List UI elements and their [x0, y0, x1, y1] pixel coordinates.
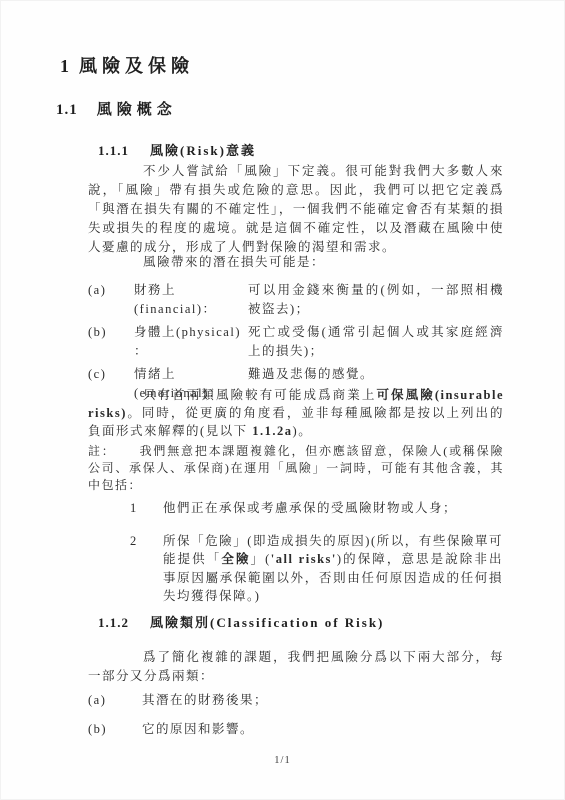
heading-chapter: 1風險及保險 — [60, 52, 194, 78]
para-classification-intro: 爲了簡化複雜的課題，我們把風險分爲以下兩大部分，每一部分又分爲兩類： — [88, 648, 504, 686]
page-number: 1/1 — [0, 755, 565, 766]
subsection-title: 風險類別(Classification of Risk) — [150, 615, 384, 630]
loss-type-row-physical: (b) 身體上(physical) ： 死亡或受傷(通常引起個人或其家庭經濟上的… — [88, 323, 504, 361]
list-marker: 1 — [130, 499, 163, 518]
item-text-part: 」( — [251, 552, 271, 566]
other-meanings-list: 1 他們正在承保或考慮承保的受風險財物或人身； 2 所保「危險」(即造成損失的原… — [130, 499, 503, 606]
list-marker: (b) — [88, 720, 142, 739]
other-meaning-item-1: 1 他們正在承保或考慮承保的受風險財物或人身； — [130, 499, 503, 518]
loss-type-label: 財務上(financial)： — [134, 281, 248, 319]
list-marker: (b) — [88, 323, 134, 361]
bold-all-risks-cn: 全險 — [221, 552, 250, 566]
section-title: 風險概念 — [97, 102, 177, 118]
para-risk-definition: 不少人嘗試給「風險」下定義。很可能對我們大多數人來說，「風險」帶有損失或危險的意… — [88, 162, 504, 257]
list-marker: (a) — [88, 281, 134, 319]
item-text: 所保「危險」(即造成損失的原因)(所以，有些保險單可能提供「全險」('all r… — [163, 532, 503, 606]
para-potential-losses-intro: 風險帶來的潛在損失可能是： — [88, 253, 504, 272]
division-text: 其潛在的財務後果； — [142, 691, 504, 710]
document-page: 1風險及保險 1.1風險概念 1.1.1風險(Risk)意義 不少人嘗試給「風險… — [0, 0, 565, 800]
chapter-number: 1 — [60, 56, 69, 77]
note-paragraph: 註：我們無意把本課題複雜化，但亦應該留意，保險人(或稱保險公司、承保人、承保商)… — [88, 443, 504, 494]
division-list: (a) 其潛在的財務後果； (b) 它的原因和影響。 — [88, 691, 504, 739]
division-text: 它的原因和影響。 — [142, 720, 504, 739]
section-number: 1.1 — [56, 102, 78, 119]
note-text: 我們無意把本課題複雜化，但亦應該留意，保險人(或稱保險公司、承保人、承保商)在運… — [88, 444, 504, 492]
para-text: 只有首兩類風險較有可能成爲商業上 — [143, 388, 376, 402]
division-row-financial-consequence: (a) 其潛在的財務後果； — [88, 691, 504, 710]
list-marker: 2 — [130, 532, 163, 606]
subsection-number: 1.1.1 — [98, 143, 129, 159]
loss-type-desc: 可以用金錢來衡量的(例如，一部照相機被盜去)； — [248, 281, 504, 319]
heading-section-1-1-1: 1.1.1風險(Risk)意義 — [98, 140, 256, 159]
loss-type-desc: 死亡或受傷(通常引起個人或其家庭經濟上的損失)； — [248, 323, 504, 361]
bold-cross-reference: 1.1.2a — [252, 424, 292, 438]
para-text: )。 — [293, 424, 313, 438]
item-text: 他們正在承保或考慮承保的受風險財物或人身； — [163, 499, 503, 518]
other-meaning-item-2: 2 所保「危險」(即造成損失的原因)(所以，有些保險單可能提供「全險」('all… — [130, 532, 503, 606]
subsection-title: 風險(Risk)意義 — [150, 143, 256, 158]
list-marker: (a) — [88, 691, 142, 710]
heading-section-1-1: 1.1風險概念 — [56, 98, 177, 119]
division-row-cause-effect: (b) 它的原因和影響。 — [88, 720, 504, 739]
heading-section-1-1-2: 1.1.2風險類別(Classification of Risk) — [98, 612, 384, 631]
bold-all-risks-en: 'all risks' — [271, 552, 337, 566]
subsection-number: 1.1.2 — [98, 615, 129, 631]
chapter-title: 風險及保險 — [79, 56, 194, 76]
loss-type-label: 身體上(physical) ： — [134, 323, 248, 361]
note-label: 註： — [88, 444, 116, 458]
loss-type-row-financial: (a) 財務上(financial)： 可以用金錢來衡量的(例如，一部照相機被盜… — [88, 281, 504, 319]
para-insurable-risks: 只有首兩類風險較有可能成爲商業上可保風險(insurable risks)。同時… — [88, 386, 504, 440]
